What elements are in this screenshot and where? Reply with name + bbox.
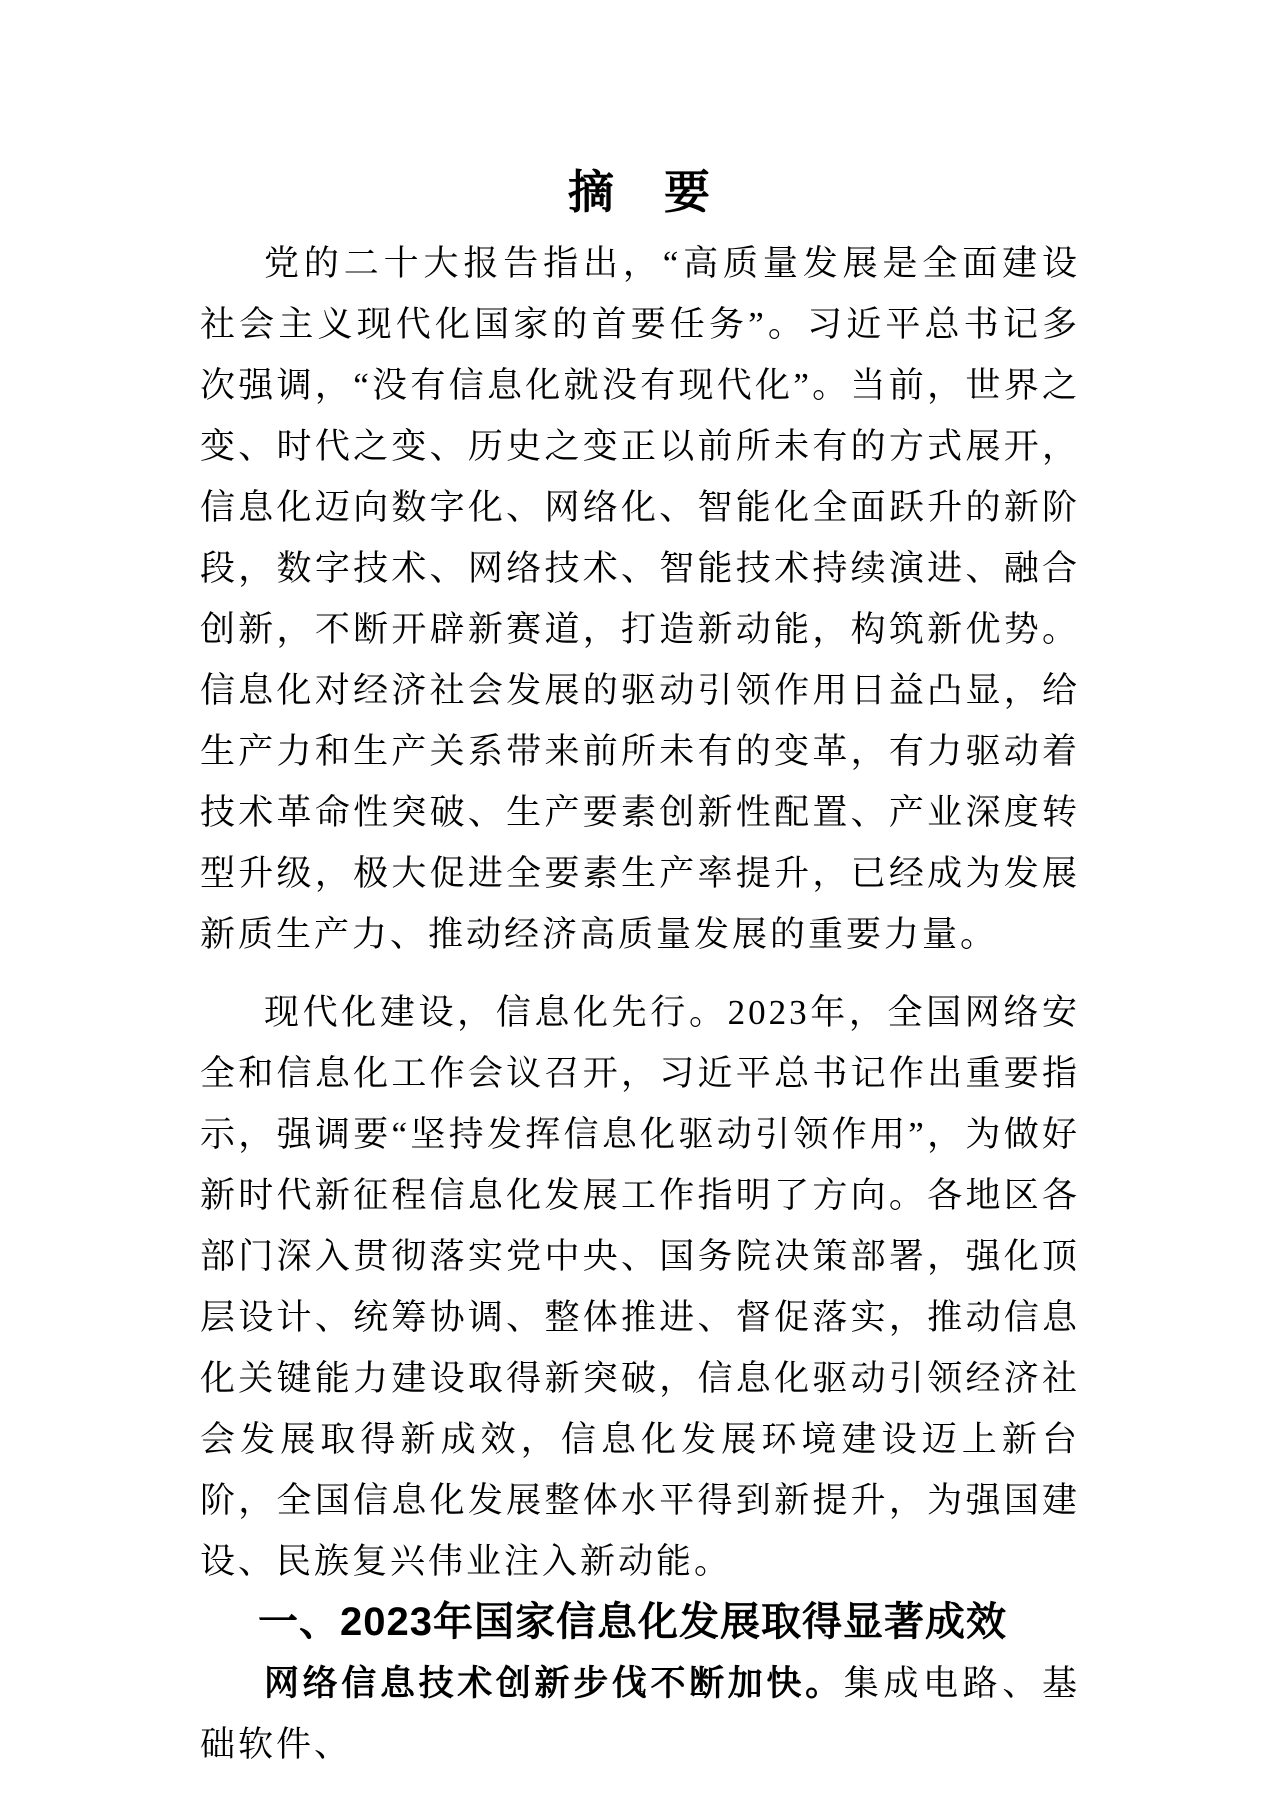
doc-title: 摘 要 [200,167,1080,217]
abstract-paragraph-2: 现代化建设，信息化先行。2023年，全国网络安全和信息化工作会议召开，习近平总书… [200,982,1080,1592]
page-number: 1 [0,1674,1280,1698]
section-paragraph: 网络信息技术创新步伐不断加快。集成电路、基础软件、 [200,1653,1080,1775]
section-heading: 一、2023年国家信息化发展取得显著成效 [200,1592,1080,1653]
abstract-paragraph-1: 党的二十大报告指出，“高质量发展是全面建设社会主义现代化国家的首要任务”。习近平… [200,233,1080,965]
document-page: 摘 要 党的二十大报告指出，“高质量发展是全面建设社会主义现代化国家的首要任务”… [0,0,1280,1810]
